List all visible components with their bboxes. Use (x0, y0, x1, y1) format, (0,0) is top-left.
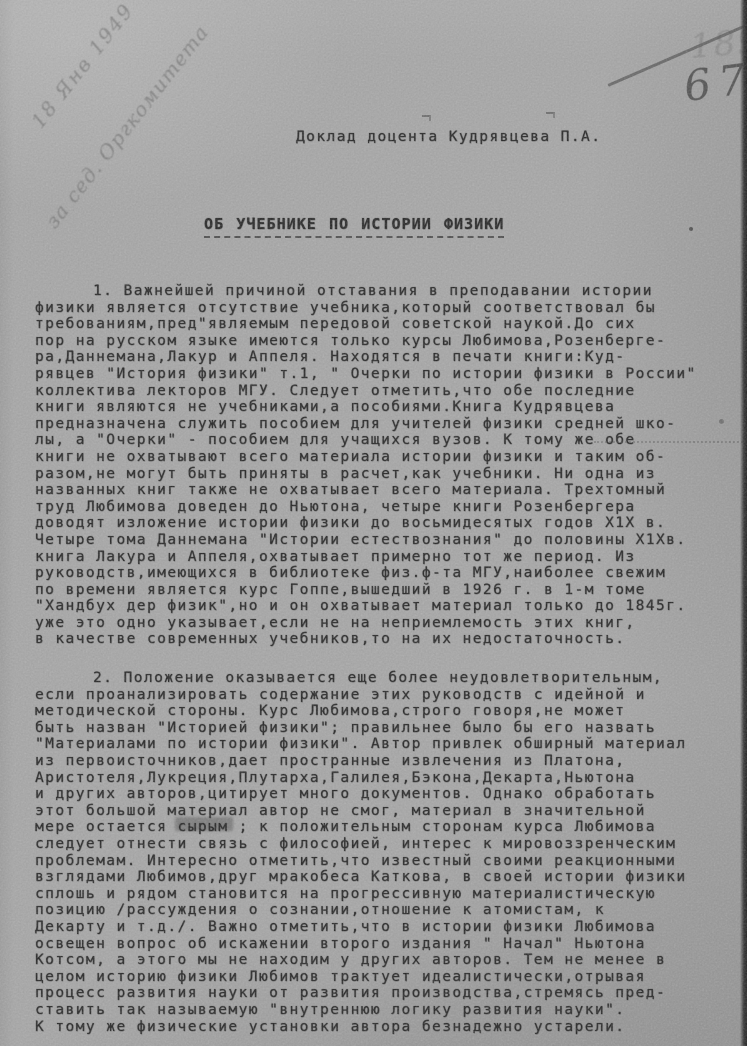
stray-typed-mark (422, 115, 431, 121)
text-line: сплошь и рядом становится на прогрессивн… (35, 886, 737, 903)
text-line: Четыре тома Даннемана "Истории естествоз… (35, 532, 737, 549)
text-line: руководств,имеющихся в библиотеке физ.ф-… (35, 565, 737, 582)
text-line: книги являются не учебниками,а пособиями… (35, 399, 737, 416)
text-line: быть назван "Историей физики"; правильне… (35, 720, 737, 737)
text-line: разом,не могут быть приняты в расчет,как… (35, 466, 737, 483)
text-line: ставить так называемую "внутреннюю логик… (35, 1002, 737, 1019)
text-line: К тому же физические установки автора бе… (35, 1019, 737, 1036)
text-line: уже это одно указывает,если не на неприе… (35, 615, 737, 632)
text-line: в качестве современных учебников,то на и… (35, 631, 737, 648)
text-line: книга Лакура и Аппеля,охватывает примерн… (35, 549, 737, 566)
text-line: этот большой материал автор не смог, мат… (35, 803, 737, 820)
text-line: освещен вопрос об искажении второго изда… (35, 936, 737, 953)
paragraph: 2. Положение оказывается еще более неудо… (35, 670, 737, 1035)
text-line: "Материалами по истории физики". Автор п… (35, 736, 737, 753)
text-line: ра,Даннемана,Лакур и Аппеля. Находятся в… (35, 349, 737, 366)
text-line: если проанализировать содержание этих ру… (35, 687, 737, 704)
text-line: 2. Положение оказывается еще более неудо… (35, 670, 737, 687)
document-body: 1. Важнейшей причиной отставания в препо… (35, 283, 737, 1035)
text-line: "Хандбух дер физик",но и он охватывает м… (35, 598, 737, 615)
text-line: 1. Важнейшей причиной отставания в препо… (35, 283, 737, 300)
text-line: методической стороны. Курс Любимова,стро… (35, 703, 737, 720)
overstrike-smudge (175, 817, 233, 831)
text-line: книги не охватывают всего материала исто… (35, 449, 737, 466)
text-line: и других авторов,цитирует много документ… (35, 786, 737, 803)
text-line: процесс развития науки от развития произ… (35, 985, 737, 1002)
scan-edge-shadow (740, 0, 747, 1046)
scratch-line (594, 441, 747, 443)
text-line: позицию /рассуждения о сознании,отношени… (35, 902, 737, 919)
stray-typed-mark (546, 112, 555, 118)
page-number: 67 (681, 54, 747, 111)
text-line: физики является отсутствие учебника,кото… (35, 300, 737, 317)
text-line: рявцев "История физики" т.1, " Очерки по… (35, 366, 737, 383)
text-line: доводят изложение истории физики до вось… (35, 515, 737, 532)
text-line: целом историю физики Любимов трактует ид… (35, 969, 737, 986)
text-line: труд Любимова доведен до Ньютона, четыре… (35, 499, 737, 516)
text-line: Аристотеля,Лукреция,Плутарха,Галилея,Бэк… (35, 770, 737, 787)
text-line: коллектива лекторов МГУ. Следует отметит… (35, 383, 737, 400)
ink-speck (689, 227, 693, 231)
text-line: Котсом, а этого мы не находим у других а… (35, 952, 737, 969)
text-line: требованиям,пред"являемым передовой сове… (35, 316, 737, 333)
text-line: мере остается сырым ; к положительным ст… (35, 819, 737, 836)
text-line: названных книг также не охватывает всего… (35, 482, 737, 499)
handwritten-session-note: за сед. Оргкомитета (40, 20, 213, 233)
ink-speck (719, 419, 724, 424)
paragraph: 1. Важнейшей причиной отставания в препо… (35, 283, 737, 648)
scanned-page: 18 Янв 1949 за сед. Оргкомитета 189 67 Д… (0, 0, 747, 1046)
report-author-header: Доклад доцента Кудрявцева П.А. (296, 129, 601, 145)
text-line: проблемам. Интересно отметить,что извест… (35, 853, 737, 870)
text-line: пор на русском языке имеются только курс… (35, 333, 737, 350)
text-line: предназначена служить пособием для учите… (35, 416, 737, 433)
text-line: по времени является курс Гоппе,вышедший … (35, 582, 737, 599)
text-line: из первоисточников,дает пространные извл… (35, 753, 737, 770)
text-line: Декарту и т.д./. Важно отметить,что в ис… (35, 919, 737, 936)
document-title: ОБ УЧЕБНИКЕ ПО ИСТОРИИ ФИЗИКИ (204, 215, 504, 238)
text-line: взглядами Любимов,друг мракобеса Каткова… (35, 869, 737, 886)
text-line: следует отнести связь с философией, инте… (35, 836, 737, 853)
